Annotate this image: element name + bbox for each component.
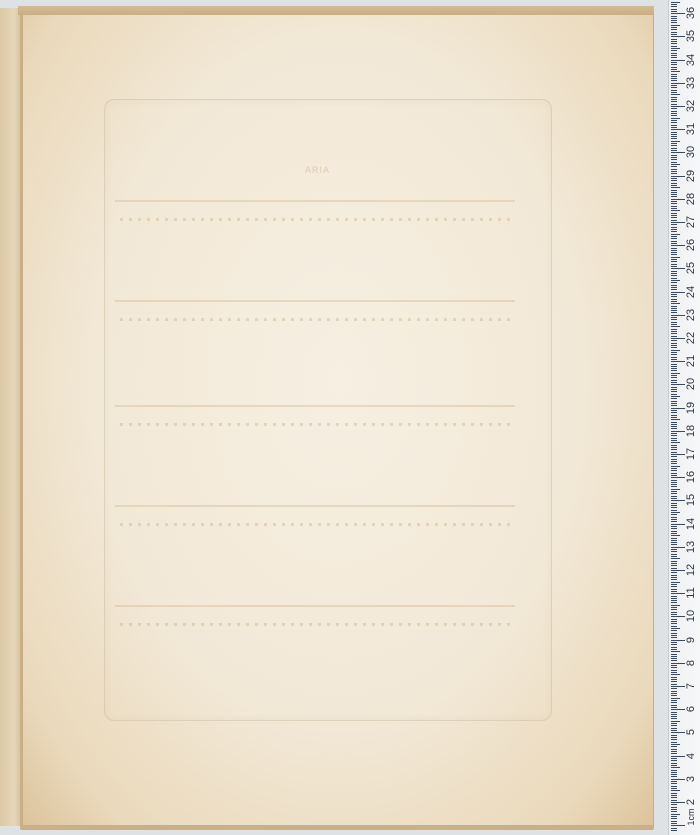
- ruler-tick: [671, 779, 685, 780]
- ruler-tick: [671, 426, 677, 427]
- ruler-tick: [671, 640, 685, 641]
- ruler-unit-label: 1cm: [686, 808, 696, 826]
- ruler-tick: [671, 76, 677, 77]
- ruler-tick: [671, 245, 685, 246]
- ruler-tick: [671, 519, 677, 520]
- ruler-tick: [671, 29, 677, 30]
- ruler-label: 31: [685, 120, 697, 138]
- ruler-label: 13: [685, 538, 697, 556]
- ruler-tick: [671, 542, 677, 543]
- ruler-tick: [671, 213, 677, 214]
- ruler-tick: [671, 800, 677, 801]
- ruler-tick: [671, 150, 677, 151]
- ruler-tick: [671, 22, 677, 23]
- ruler-tick: [671, 338, 685, 339]
- ruler-tick: [671, 319, 677, 320]
- ruler-tick: [671, 510, 677, 511]
- ruler-tick: [671, 512, 680, 513]
- ruler-tick: [671, 718, 677, 719]
- ruler-tick: [671, 92, 677, 93]
- ruler-tick: [671, 303, 680, 304]
- ruler-label: 5: [685, 723, 697, 741]
- ruler-tick: [671, 250, 677, 251]
- ruler-tick: [671, 18, 677, 19]
- ruler-label: 6: [685, 700, 697, 718]
- ruler-tick: [671, 138, 677, 139]
- ruler-tick: [671, 456, 677, 457]
- ruler-tick: [671, 742, 677, 743]
- ruler-tick: [671, 535, 680, 536]
- ruler-tick: [671, 87, 677, 88]
- ruler-tick: [671, 514, 677, 515]
- ghost-title: ARIA: [305, 165, 330, 175]
- ruler-tick: [671, 39, 677, 40]
- ruler-tick: [671, 781, 677, 782]
- ruler-tick: [671, 194, 677, 195]
- ruler-tick: [671, 280, 680, 281]
- ruler-tick: [671, 206, 677, 207]
- ruler-tick: [671, 50, 677, 51]
- ruler-label: 24: [685, 283, 697, 301]
- ruler-tick: [671, 484, 677, 485]
- ruler-tick: [671, 445, 677, 446]
- ruler-tick: [671, 152, 685, 153]
- ruler-tick: [671, 343, 677, 344]
- ruler-tick: [671, 600, 677, 601]
- ruler-tick: [671, 551, 677, 552]
- ghost-staff-line: [115, 505, 515, 507]
- ruler-tick: [671, 60, 685, 61]
- ruler-tick: [671, 364, 677, 365]
- ruler-tick: [671, 415, 677, 416]
- ruler-tick: [671, 447, 677, 448]
- ruler-tick: [671, 767, 680, 768]
- ruler-tick: [671, 324, 677, 325]
- ruler-tick: [671, 797, 677, 798]
- ruler-tick: [671, 398, 677, 399]
- ruler-tick: [671, 628, 680, 629]
- ruler-label: 30: [685, 143, 697, 161]
- ghost-staff-line: [115, 405, 515, 407]
- ruler-tick: [671, 122, 677, 123]
- ruler-tick: [671, 579, 677, 580]
- ruler-tick: [671, 660, 677, 661]
- ruler-tick: [671, 707, 677, 708]
- ruler-tick: [671, 373, 680, 374]
- ruler-label: 19: [685, 399, 697, 417]
- ruler-tick: [671, 134, 677, 135]
- ruler-tick: [671, 739, 677, 740]
- ruler-tick: [671, 336, 677, 337]
- ruler-tick: [671, 169, 677, 170]
- ruler-tick: [671, 282, 677, 283]
- ruler-tick: [671, 688, 677, 689]
- ruler-label: 32: [685, 97, 697, 115]
- ghost-notes: [120, 218, 510, 221]
- ruler-label: 10: [685, 607, 697, 625]
- ruler-tick: [671, 723, 677, 724]
- ruler-tick: [671, 728, 677, 729]
- ruler-tick: [671, 25, 680, 26]
- ruler-tick: [671, 396, 680, 397]
- ruler-label: 18: [685, 422, 697, 440]
- ruler-tick: [671, 584, 677, 585]
- ruler-tick: [671, 730, 677, 731]
- ghost-staff-line: [115, 605, 515, 607]
- ruler-tick: [671, 289, 677, 290]
- ruler-tick: [671, 99, 677, 100]
- ruler-tick: [671, 53, 677, 54]
- ruler-tick: [671, 496, 677, 497]
- ruler-tick: [671, 159, 677, 160]
- ruler-tick: [671, 36, 685, 37]
- ruler-tick: [671, 756, 685, 757]
- ruler-tick: [671, 753, 677, 754]
- ruler-tick: [671, 64, 677, 65]
- ruler-tick: [671, 811, 677, 812]
- ruler-tick: [671, 118, 680, 119]
- ruler-tick: [671, 136, 677, 137]
- ruler-tick: [671, 616, 685, 617]
- ruler-tick: [671, 802, 685, 803]
- ruler-tick: [671, 507, 677, 508]
- ruler-tick: [671, 505, 677, 506]
- ruler-tick: [671, 667, 677, 668]
- ruler-tick: [671, 693, 677, 694]
- ruler-tick: [671, 807, 677, 808]
- ruler-tick: [671, 354, 677, 355]
- ruler-tick: [671, 609, 677, 610]
- ruler-tick: [671, 387, 677, 388]
- ruler-tick: [671, 357, 677, 358]
- ruler-label: 34: [685, 51, 697, 69]
- ruler-tick: [671, 294, 677, 295]
- ruler-tick: [671, 790, 680, 791]
- ruler-tick: [671, 605, 680, 606]
- ruler-tick: [671, 647, 677, 648]
- ruler-tick: [671, 333, 677, 334]
- measurement-ruler: 2345678910111213141516171819202122232425…: [668, 0, 700, 835]
- ruler-tick: [671, 224, 677, 225]
- ruler-tick: [671, 783, 677, 784]
- ruler-tick: [671, 301, 677, 302]
- ruler-tick: [671, 326, 680, 327]
- ghost-notes: [120, 318, 510, 321]
- ruler-tick: [671, 104, 677, 105]
- ruler-tick: [671, 702, 677, 703]
- ruler-tick: [671, 547, 685, 548]
- ruler-tick: [671, 162, 677, 163]
- ruler-tick: [671, 317, 677, 318]
- ruler-tick: [671, 16, 677, 17]
- ruler-tick: [671, 46, 677, 47]
- ruler-tick: [671, 34, 677, 35]
- ruler-tick: [671, 196, 677, 197]
- ruler-tick: [671, 340, 677, 341]
- ruler-tick: [671, 271, 677, 272]
- ruler-tick: [671, 626, 677, 627]
- ruler-tick: [671, 470, 677, 471]
- ruler-tick: [671, 352, 677, 353]
- ruler-tick: [671, 602, 677, 603]
- ruler-tick: [671, 257, 680, 258]
- ruler-tick: [671, 171, 677, 172]
- ruler-tick: [671, 115, 677, 116]
- ruler-tick: [671, 377, 677, 378]
- ruler-tick: [671, 185, 677, 186]
- ruler-tick: [671, 384, 685, 385]
- ruler-tick: [671, 125, 677, 126]
- ruler-tick: [671, 178, 677, 179]
- ghost-notes: [120, 423, 510, 426]
- ruler-tick: [671, 440, 677, 441]
- ruler-tick: [671, 366, 677, 367]
- ruler-tick: [671, 361, 685, 362]
- ruler-tick: [671, 670, 677, 671]
- ruler-tick: [671, 498, 677, 499]
- ruler-tick: [671, 619, 677, 620]
- ruler-tick: [671, 795, 677, 796]
- ruler-tick: [671, 401, 677, 402]
- ruler-tick: [671, 473, 677, 474]
- ruler-tick: [671, 241, 677, 242]
- ruler-tick: [671, 148, 677, 149]
- ruler-label: 12: [685, 561, 697, 579]
- ruler-tick: [671, 275, 677, 276]
- ruler-tick: [671, 424, 677, 425]
- ruler-label: 36: [685, 4, 697, 22]
- ruler-tick: [671, 433, 677, 434]
- ruler-tick: [671, 751, 677, 752]
- ruler-tick: [671, 345, 677, 346]
- ruler-tick: [671, 528, 677, 529]
- ruler-tick: [671, 203, 677, 204]
- ruler-tick: [671, 612, 677, 613]
- ruler-label: 27: [685, 213, 697, 231]
- ruler-tick: [671, 431, 685, 432]
- ruler-tick: [671, 90, 677, 91]
- ruler-tick: [671, 544, 677, 545]
- ruler-tick: [671, 714, 677, 715]
- ruler-tick: [671, 586, 677, 587]
- ghost-notes: [120, 623, 510, 626]
- ruler-label: 29: [685, 167, 697, 185]
- ruler-tick: [671, 732, 685, 733]
- ruler-tick: [671, 763, 677, 764]
- ruler-tick: [671, 97, 677, 98]
- ruler-tick: [671, 658, 677, 659]
- ruler-tick: [671, 563, 677, 564]
- ruler-tick: [671, 287, 677, 288]
- ruler-tick: [671, 312, 677, 313]
- ruler-tick: [671, 593, 685, 594]
- ruler-tick: [671, 700, 677, 701]
- ruler-tick: [671, 491, 677, 492]
- ruler-tick: [671, 679, 677, 680]
- ruler-tick: [671, 642, 677, 643]
- ruler-tick: [671, 106, 685, 107]
- ruler-tick: [671, 746, 677, 747]
- ruler-tick: [671, 449, 677, 450]
- ruler-tick: [671, 649, 677, 650]
- ruler-tick: [671, 654, 677, 655]
- ruler-tick: [671, 259, 677, 260]
- ruler-tick: [671, 71, 680, 72]
- ruler-tick: [671, 322, 677, 323]
- ruler-tick: [671, 493, 677, 494]
- ruler-tick: [671, 438, 677, 439]
- ruler-tick: [671, 296, 677, 297]
- ruler-tick: [671, 582, 680, 583]
- ruler-tick: [671, 716, 677, 717]
- ruler-tick: [671, 793, 677, 794]
- ruler-tick: [671, 222, 685, 223]
- ruler-tick: [671, 164, 680, 165]
- ruler-tick: [671, 350, 680, 351]
- ruler-tick: [671, 132, 677, 133]
- ruler-tick: [671, 278, 677, 279]
- ruler-tick: [671, 786, 677, 787]
- ruler-tick: [671, 331, 677, 332]
- ruler-tick: [671, 11, 677, 12]
- ruler-tick: [671, 32, 677, 33]
- ruler-tick: [671, 285, 677, 286]
- ghost-notes: [120, 523, 510, 526]
- ruler-tick: [671, 677, 677, 678]
- ruler-tick: [671, 78, 677, 79]
- ruler-tick: [671, 570, 685, 571]
- ruler-label: 22: [685, 329, 697, 347]
- ruler-tick: [671, 735, 677, 736]
- ruler-tick: [671, 663, 685, 664]
- ruler-tick: [671, 229, 677, 230]
- ruler-tick: [671, 201, 677, 202]
- ruler-tick: [671, 187, 680, 188]
- ruler-tick: [671, 391, 677, 392]
- ruler-tick: [671, 315, 685, 316]
- ruler-tick: [671, 830, 677, 831]
- ruler-tick: [671, 598, 677, 599]
- ruler-tick: [671, 329, 677, 330]
- ruler-tick: [671, 273, 677, 274]
- ruler-tick: [671, 561, 677, 562]
- ruler-tick: [671, 227, 677, 228]
- ruler-tick: [671, 368, 677, 369]
- ruler-tick: [671, 823, 677, 824]
- ruler-tick: [671, 41, 677, 42]
- ruler-tick: [671, 621, 677, 622]
- ruler-tick: [671, 380, 677, 381]
- ruler-tick: [671, 9, 677, 10]
- ruler-tick: [671, 108, 677, 109]
- ruler-tick: [671, 489, 680, 490]
- ruler-tick: [671, 13, 685, 14]
- ruler-tick: [671, 526, 677, 527]
- ruler-tick: [671, 500, 685, 501]
- ruler-tick: [671, 292, 685, 293]
- ruler-tick: [671, 435, 677, 436]
- ruler-tick: [671, 67, 677, 68]
- ruler-tick: [671, 480, 677, 481]
- ruler-tick: [671, 686, 685, 687]
- ruler-tick: [671, 266, 677, 267]
- ruler-label: 11: [685, 584, 697, 602]
- ruler-tick: [671, 540, 677, 541]
- ruler-tick: [671, 176, 685, 177]
- ruler-tick: [671, 568, 677, 569]
- ruler-tick: [671, 556, 677, 557]
- ruler-tick: [671, 709, 685, 710]
- ruler-tick: [671, 651, 680, 652]
- ruler-label: 20: [685, 375, 697, 393]
- ruler-tick: [671, 220, 677, 221]
- ruler-tick: [671, 674, 680, 675]
- ruler-tick: [671, 57, 677, 58]
- ruler-tick: [671, 825, 685, 826]
- ruler-label: 28: [685, 190, 697, 208]
- ruler-tick: [671, 531, 677, 532]
- ruler-tick: [671, 403, 677, 404]
- ruler-tick: [671, 468, 677, 469]
- ruler-tick: [671, 818, 677, 819]
- ruler-tick: [671, 217, 677, 218]
- ruler-tick: [671, 637, 677, 638]
- ruler-tick: [671, 475, 677, 476]
- ruler-tick: [671, 120, 677, 121]
- ruler-tick: [671, 6, 677, 7]
- ruler-tick: [671, 589, 677, 590]
- ruler-tick: [671, 691, 677, 692]
- ruler-tick: [671, 572, 677, 573]
- ruler-tick: [671, 821, 677, 822]
- ruler-tick: [671, 776, 677, 777]
- ruler-tick: [671, 698, 680, 699]
- ruler-tick: [671, 517, 677, 518]
- ruler-tick: [671, 101, 677, 102]
- ruler-tick: [671, 359, 677, 360]
- ruler-tick: [671, 788, 677, 789]
- ruler-tick: [671, 183, 677, 184]
- ruler-tick: [671, 238, 677, 239]
- ruler-tick: [671, 575, 677, 576]
- ruler-label: 3: [685, 770, 697, 788]
- ruler-tick: [671, 74, 677, 75]
- ruler-tick: [671, 410, 677, 411]
- ghost-staff-line: [115, 300, 515, 302]
- ruler-tick: [671, 113, 677, 114]
- ruler-tick: [671, 503, 677, 504]
- ruler-tick: [671, 55, 677, 56]
- ruler-tick: [671, 633, 677, 634]
- ruler-tick: [671, 623, 677, 624]
- ruler-tick: [671, 760, 677, 761]
- ruler-label: 9: [685, 631, 697, 649]
- ruler-label: 16: [685, 468, 697, 486]
- ruler-tick: [671, 770, 677, 771]
- ruler-tick: [671, 565, 677, 566]
- ruler-tick: [671, 155, 677, 156]
- ruler-tick: [671, 248, 677, 249]
- ruler-tick: [671, 684, 677, 685]
- ruler-label: 26: [685, 236, 697, 254]
- ruler-tick: [671, 20, 677, 21]
- ruler-tick: [671, 236, 677, 237]
- ruler-label: 8: [685, 654, 697, 672]
- ruler-tick: [671, 310, 677, 311]
- ruler-tick: [671, 828, 677, 829]
- ruler-tick: [671, 549, 677, 550]
- ruler-tick: [671, 558, 680, 559]
